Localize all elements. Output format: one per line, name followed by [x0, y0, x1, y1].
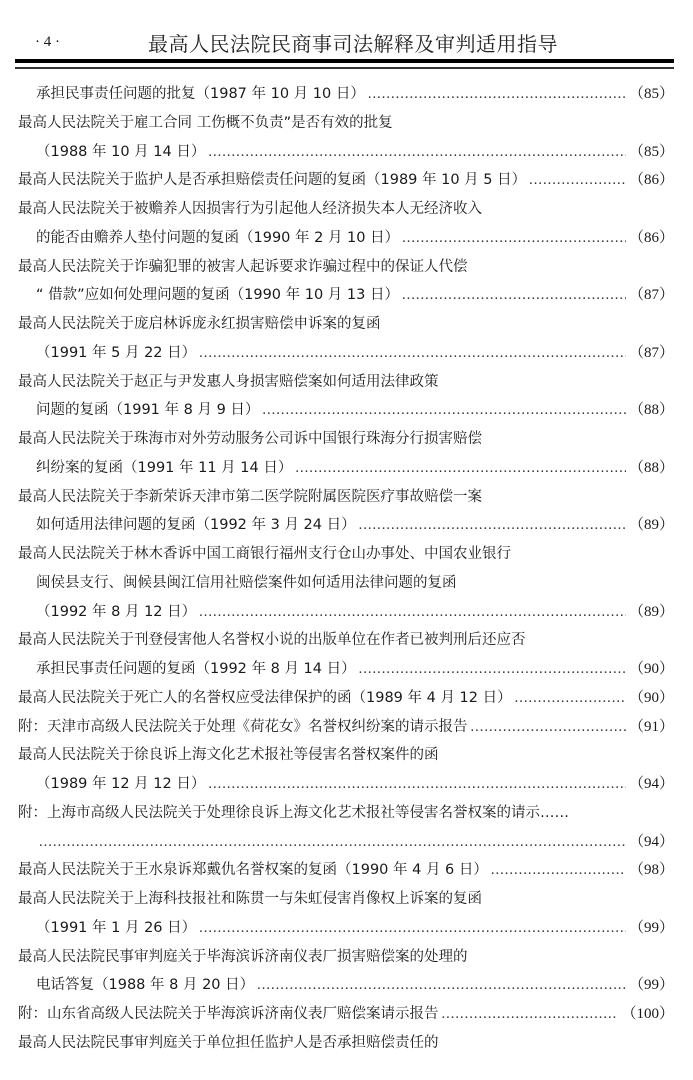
dot-leader: [491, 856, 626, 885]
toc-entry-line: 最高人民法院关于林木香诉中国工商银行福州支行仓山办事处、中国农业银行: [18, 540, 674, 569]
toc-entry-text: 承担民事责任问题的复函（1992 年 8 月 14 日）: [36, 655, 356, 684]
toc-page-number: （94）: [629, 828, 674, 857]
dot-leader: [515, 684, 626, 713]
toc-entry-line: 的能否由赡养人垫付问题的复函（1990 年 2 月 10 日）（86）: [18, 224, 674, 253]
toc-page-number: （88）: [629, 396, 674, 425]
toc-page-number: （87）: [629, 281, 674, 310]
toc-entry-line: 最高人民法院关于诈骗犯罪的被害人起诉要求诈骗过程中的保证人代偿: [18, 253, 674, 282]
toc-entry-line: （1991 年 5 月 22 日）（87）: [18, 339, 674, 368]
dot-leader: [402, 224, 626, 253]
dot-leader: [368, 80, 626, 109]
toc-page-number: （100）: [621, 1000, 674, 1029]
toc-entry-text: 附：山东省高级人民法院关于毕海滨诉济南仪表厂赔偿案请示报告: [18, 1000, 439, 1029]
toc-entry-text: 附：上海市高级人民法院关于处理徐良诉上海文化艺术报社等侵害名誉权案的请示……: [18, 799, 569, 828]
toc-entry-line: 附：山东省高级人民法院关于毕海滨诉济南仪表厂赔偿案请示报告（100）: [18, 1000, 674, 1029]
page-number: · 4 ·: [35, 34, 60, 51]
toc-entry-line: 纠纷案的复函（1991 年 11 月 14 日）（88）: [18, 454, 674, 483]
toc-entry-line: 最高人民法院关于监护人是否承担赔偿责任问题的复函（1989 年 10 月 5 日…: [18, 166, 674, 195]
dot-leader: [442, 1000, 619, 1029]
toc-entry-line: 附：上海市高级人民法院关于处理徐良诉上海文化艺术报社等侵害名誉权案的请示……: [18, 799, 674, 828]
toc-entry-text: 最高人民法院关于庞启林诉庞永红损害赔偿申诉案的复函: [18, 310, 381, 339]
toc-entry-text: 最高人民法院关于雇工合同 工伤概不负责”是否有效的批复: [18, 109, 393, 138]
toc-entry-text: 的能否由赡养人垫付问题的复函（1990 年 2 月 10 日）: [36, 224, 399, 253]
toc-entry-line: 如何适用法律问题的复函（1992 年 3 月 24 日）（89）: [18, 511, 674, 540]
toc-entry-line: 最高人民法院关于李新荣诉天津市第二医学院附属医院医疗事故赔偿一案: [18, 483, 674, 512]
toc-entry-text: （1991 年 5 月 22 日）: [36, 339, 196, 368]
toc-entry-line: 最高人民法院关于王水泉诉郑戴仇名誉权案的复函（1990 年 4 月 6 日）（9…: [18, 856, 674, 885]
toc-entry-text: 最高人民法院关于珠海市对外劳动服务公司诉中国银行珠海分行损害赔偿: [18, 425, 482, 454]
dot-leader: [208, 138, 626, 167]
toc-entry-text: 最高人民法院民事审判庭关于毕海滨诉济南仪表厂损害赔偿案的处理的: [18, 943, 468, 972]
toc-page-number: （85）: [629, 80, 674, 109]
toc-entry-line: 最高人民法院民事审判庭关于毕海滨诉济南仪表厂损害赔偿案的处理的: [18, 943, 674, 972]
toc-entry-text: 最高人民法院民事审判庭关于单位担任监护人是否承担赔偿责任的: [18, 1029, 439, 1058]
dot-leader: [199, 914, 626, 943]
dot-leader: [208, 770, 626, 799]
toc-entry-line: （1991 年 1 月 26 日）（99）: [18, 914, 674, 943]
toc-page-number: （90）: [629, 684, 674, 713]
toc-entry-line: 最高人民法院关于珠海市对外劳动服务公司诉中国银行珠海分行损害赔偿: [18, 425, 674, 454]
dot-leader: [359, 511, 626, 540]
toc-entry-text: 最高人民法院关于死亡人的名誉权应受法律保护的函（1989 年 4 月 12 日）: [18, 684, 512, 713]
toc-entry-line: 电话答复（1988 年 8 月 20 日）（99）: [18, 971, 674, 1000]
toc-entry-text: 承担民事责任问题的批复（1987 年 10 月 10 日）: [36, 80, 365, 109]
toc-page-number: （99）: [629, 914, 674, 943]
toc-page-number: （88）: [629, 454, 674, 483]
toc-page-number: （99）: [629, 971, 674, 1000]
toc-entry-line: （94）: [18, 828, 674, 857]
toc-entry-line: 最高人民法院关于庞启林诉庞永红损害赔偿申诉案的复函: [18, 310, 674, 339]
toc-entry-text: 最高人民法院关于监护人是否承担赔偿责任问题的复函（1989 年 10 月 5 日…: [18, 166, 526, 195]
toc-entry-line: 承担民事责任问题的复函（1992 年 8 月 14 日）（90）: [18, 655, 674, 684]
toc-entry-line: 最高人民法院关于刊登侵害他人名誉权小说的出版单位在作者已被判刑后还应否: [18, 626, 674, 655]
toc-entry-text: 最高人民法院关于刊登侵害他人名誉权小说的出版单位在作者已被判刑后还应否: [18, 626, 526, 655]
toc-entry-line: 承担民事责任问题的批复（1987 年 10 月 10 日）（85）: [18, 80, 674, 109]
toc-entry-line: 最高人民法院民事审判庭关于单位担任监护人是否承担赔偿责任的: [18, 1029, 674, 1058]
dot-leader: [39, 828, 626, 857]
toc-entry-text: 最高人民法院关于徐良诉上海文化艺术报社等侵害名誉权案件的函: [18, 741, 439, 770]
running-header: · 4 · 最高人民法院民商事司法解释及审判适用指导: [15, 26, 674, 56]
toc-entry-line: （1988 年 10 月 14 日）（85）: [18, 138, 674, 167]
toc-entry-line: 最高人民法院关于赵正与尹发惠人身损害赔偿案如何适用法律政策: [18, 368, 674, 397]
toc-entry-line: “ 借款”应如何处理问题的复函（1990 年 10 月 13 日）（87）: [18, 281, 674, 310]
toc-page-number: （89）: [629, 511, 674, 540]
toc-entry-text: 最高人民法院关于被赡养人因损害行为引起他人经济损失本人无经济收入: [18, 195, 482, 224]
toc-entry-text: （1991 年 1 月 26 日）: [36, 914, 196, 943]
dot-leader: [471, 713, 626, 742]
toc-entry-text: 最高人民法院关于李新荣诉天津市第二医学院附属医院医疗事故赔偿一案: [18, 483, 482, 512]
toc-entry-text: 问题的复函（1991 年 8 月 9 日）: [36, 396, 259, 425]
toc-page-number: （86）: [629, 224, 674, 253]
toc-entry-text: 附：天津市高级人民法院关于处理《荷花女》名誉权纠纷案的请示报告: [18, 713, 468, 742]
toc-entry-text: 纠纷案的复函（1991 年 11 月 14 日）: [36, 454, 292, 483]
toc-entry-line: 闽侯县支行、闽候县闽江信用社赔偿案件如何适用法律问题的复函: [18, 569, 674, 598]
toc-entry-line: 最高人民法院关于上海科技报社和陈贯一与朱虹侵害肖像权上诉案的复函: [18, 885, 674, 914]
toc-entry-line: （1989 年 12 月 12 日）（94）: [18, 770, 674, 799]
toc-entry-text: 最高人民法院关于王水泉诉郑戴仇名誉权案的复函（1990 年 4 月 6 日）: [18, 856, 488, 885]
dot-leader: [402, 281, 626, 310]
toc-page-number: （86）: [629, 166, 674, 195]
book-title: 最高人民法院民商事司法解释及审判适用指导: [148, 28, 558, 57]
header-rule-thin: [15, 67, 674, 69]
toc-entry-text: 最高人民法院关于赵正与尹发惠人身损害赔偿案如何适用法律政策: [18, 368, 439, 397]
toc-page-number: （85）: [629, 138, 674, 167]
table-of-contents: 承担民事责任问题的批复（1987 年 10 月 10 日）（85）最高人民法院关…: [18, 80, 674, 1058]
toc-entry-line: （1992 年 8 月 12 日）（89）: [18, 598, 674, 627]
toc-entry-text: 最高人民法院关于林木香诉中国工商银行福州支行仓山办事处、中国农业银行: [18, 540, 511, 569]
toc-entry-line: 最高人民法院关于死亡人的名誉权应受法律保护的函（1989 年 4 月 12 日）…: [18, 684, 674, 713]
toc-page-number: （91）: [629, 713, 674, 742]
toc-entry-text: 最高人民法院关于上海科技报社和陈贯一与朱虹侵害肖像权上诉案的复函: [18, 885, 482, 914]
toc-page-number: （94）: [629, 770, 674, 799]
header-rule-thick: [15, 59, 674, 63]
toc-entry-line: 附：天津市高级人民法院关于处理《荷花女》名誉权纠纷案的请示报告（91）: [18, 713, 674, 742]
dot-leader: [199, 598, 626, 627]
dot-leader: [262, 396, 626, 425]
dot-leader: [257, 971, 626, 1000]
toc-entry-text: （1989 年 12 月 12 日）: [36, 770, 205, 799]
dot-leader: [295, 454, 626, 483]
dot-leader: [199, 339, 626, 368]
toc-entry-line: 最高人民法院关于雇工合同 工伤概不负责”是否有效的批复: [18, 109, 674, 138]
toc-page-number: （90）: [629, 655, 674, 684]
toc-entry-line: 最高人民法院关于徐良诉上海文化艺术报社等侵害名誉权案件的函: [18, 741, 674, 770]
toc-entry-text: （1992 年 8 月 12 日）: [36, 598, 196, 627]
toc-entry-line: 最高人民法院关于被赡养人因损害行为引起他人经济损失本人无经济收入: [18, 195, 674, 224]
toc-entry-text: 闽侯县支行、闽候县闽江信用社赔偿案件如何适用法律问题的复函: [36, 569, 457, 598]
toc-page-number: （98）: [629, 856, 674, 885]
toc-page-number: （89）: [629, 598, 674, 627]
toc-entry-text: 最高人民法院关于诈骗犯罪的被害人起诉要求诈骗过程中的保证人代偿: [18, 253, 468, 282]
toc-page-number: （87）: [629, 339, 674, 368]
dot-leader: [529, 166, 626, 195]
toc-entry-text: 如何适用法律问题的复函（1992 年 3 月 24 日）: [36, 511, 356, 540]
toc-entry-text: “ 借款”应如何处理问题的复函（1990 年 10 月 13 日）: [36, 281, 399, 310]
dot-leader: [359, 655, 626, 684]
toc-entry-line: 问题的复函（1991 年 8 月 9 日）（88）: [18, 396, 674, 425]
toc-entry-text: （1988 年 10 月 14 日）: [36, 138, 205, 167]
toc-entry-text: 电话答复（1988 年 8 月 20 日）: [36, 971, 254, 1000]
